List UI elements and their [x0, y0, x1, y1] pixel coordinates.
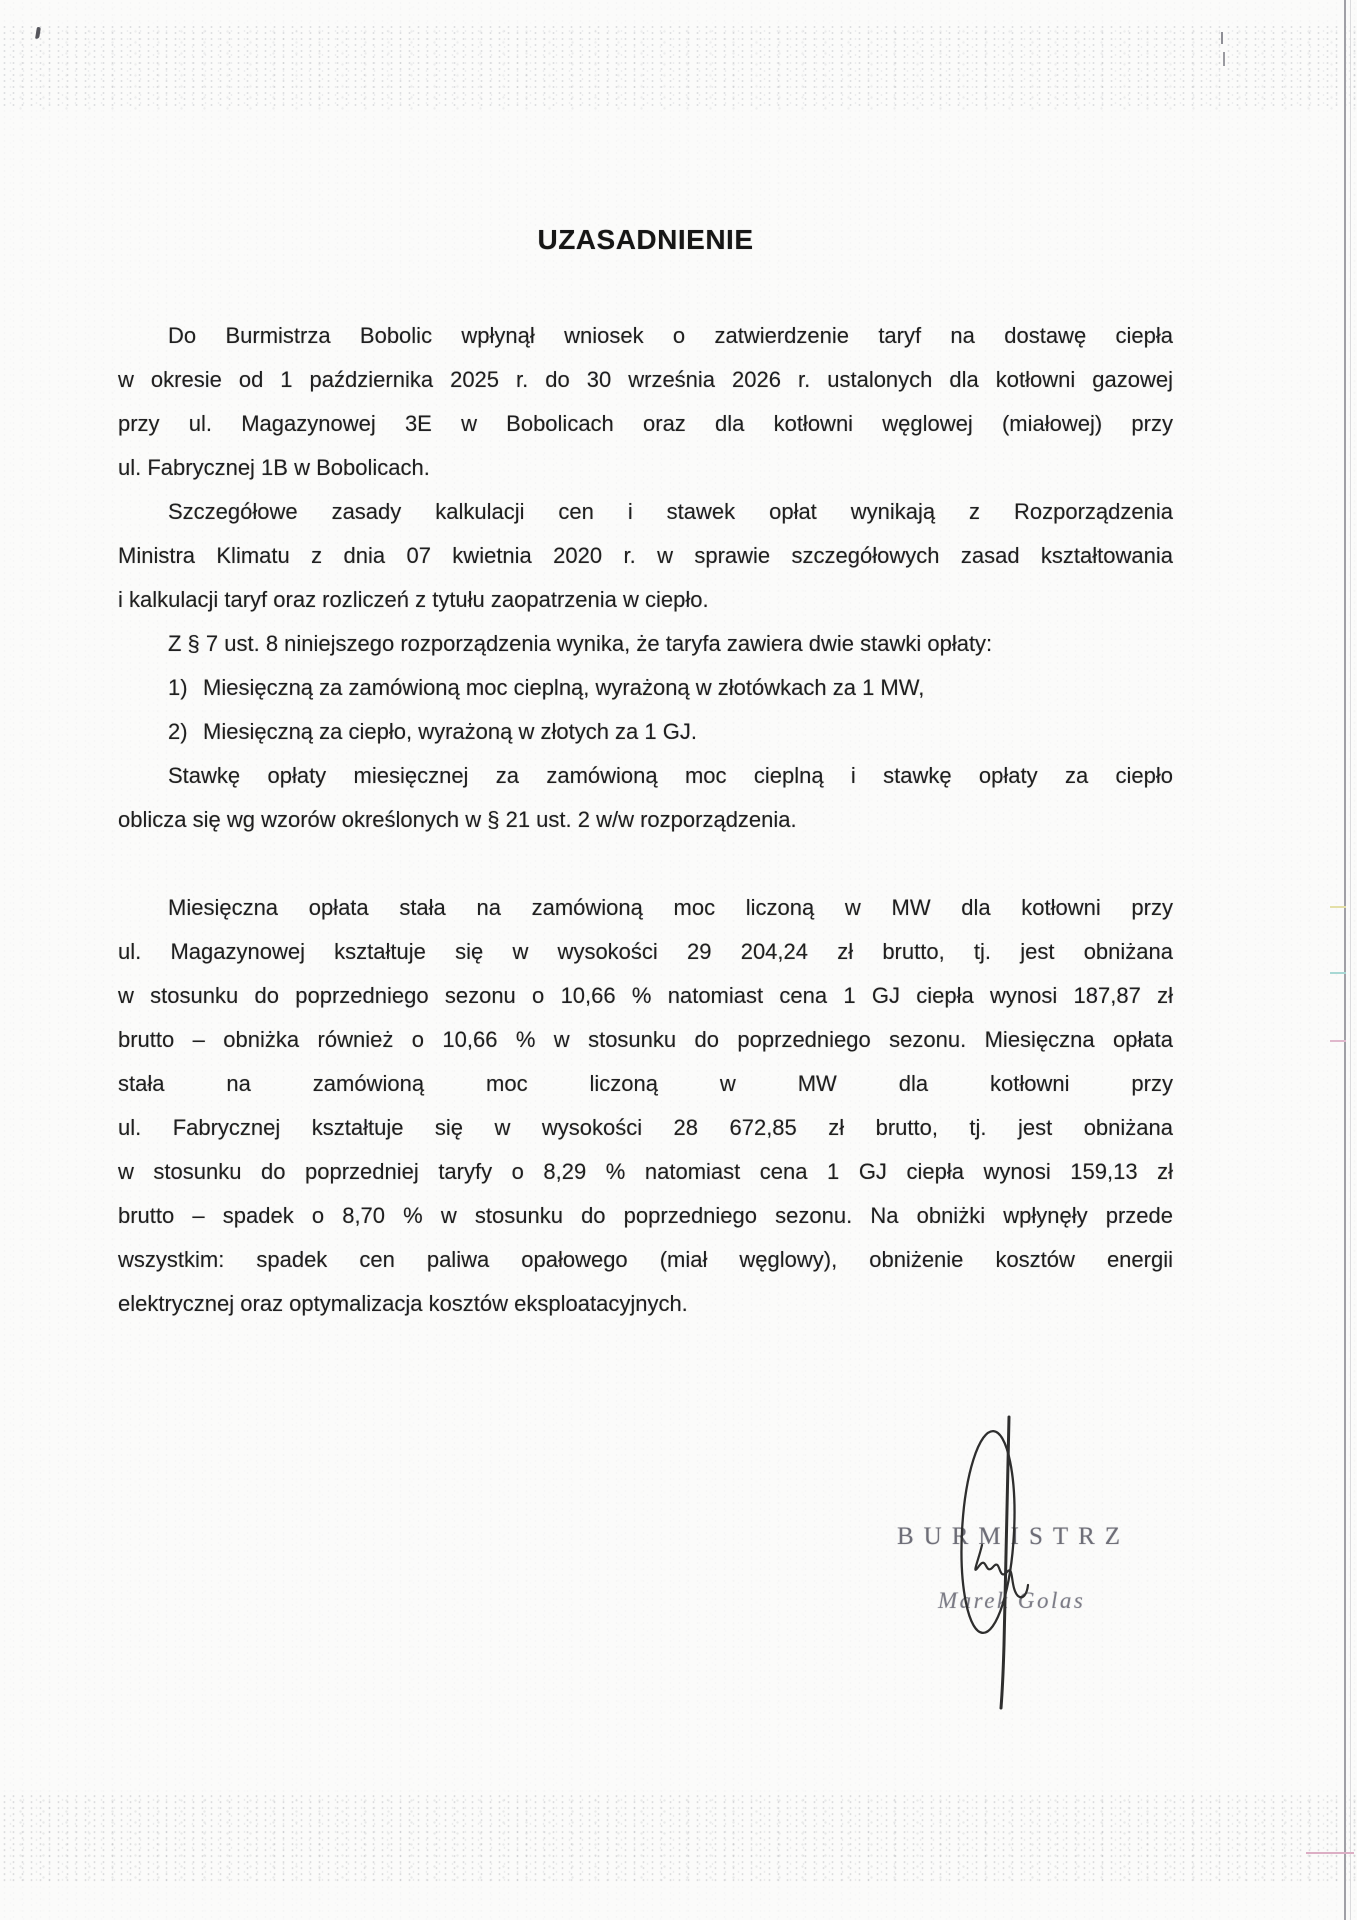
scan-tick-pink-bottom: [1306, 1852, 1354, 1854]
text-line: Do Burmistrza Bobolic wpłynął wniosek o …: [118, 314, 1173, 358]
paragraph: Do Burmistrza Bobolic wpłynął wniosek o …: [118, 314, 1173, 490]
list-marker: 2): [168, 710, 203, 754]
paragraph: Z § 7 ust. 8 niniejszego rozporządzenia …: [118, 622, 1173, 666]
text-line: w stosunku do poprzedniego sezonu o 10,6…: [118, 974, 1173, 1018]
paragraph: Miesięczna opłata stała na zamówioną moc…: [118, 886, 1173, 1326]
paragraph: Stawkę opłaty miesięcznej za zamówioną m…: [118, 754, 1173, 842]
text-line: brutto – spadek o 8,70 % w stosunku do p…: [118, 1194, 1173, 1238]
text-line: ul. Fabrycznej kształtuje się w wysokośc…: [118, 1106, 1173, 1150]
text-line: Z § 7 ust. 8 niniejszego rozporządzenia …: [118, 622, 1173, 666]
text-line: brutto – obniżka również o 10,66 % w sto…: [118, 1018, 1173, 1062]
text-line: Miesięczna opłata stała na zamówioną moc…: [118, 886, 1173, 930]
scanned-document-page: UZASADNIENIE Do Burmistrza Bobolic wpłyn…: [0, 0, 1357, 1920]
text-line: ul. Fabrycznej 1B w Bobolicach.: [118, 446, 1173, 490]
text-line: w okresie od 1 października 2025 r. do 3…: [118, 358, 1173, 402]
paragraph: 1)Miesięczną za zamówioną moc cieplną, w…: [118, 666, 1173, 754]
text-line: i kalkulacji taryf oraz rozliczeń z tytu…: [118, 578, 1173, 622]
text-line: elektrycznej oraz optymalizacja kosztów …: [118, 1282, 1173, 1326]
text-line: wszystkim: spadek cen paliwa opałowego (…: [118, 1238, 1173, 1282]
paragraph: Szczegółowe zasady kalkulacji cen i staw…: [118, 490, 1173, 622]
text-line: ul. Magazynowej kształtuje się w wysokoś…: [118, 930, 1173, 974]
list-marker: 1): [168, 666, 203, 710]
text-line: oblicza się wg wzorów określonych w § 21…: [118, 798, 1173, 842]
handwritten-signature: [860, 1395, 1180, 1735]
list-line: 1)Miesięczną za zamówioną moc cieplną, w…: [118, 666, 1173, 710]
document-body: Do Burmistrza Bobolic wpłynął wniosek o …: [118, 314, 1173, 1326]
document-title: UZASADNIENIE: [118, 218, 1173, 262]
text-line: w stosunku do poprzedniej taryfy o 8,29 …: [118, 1150, 1173, 1194]
document-content: UZASADNIENIE Do Burmistrza Bobolic wpłyn…: [0, 0, 1357, 1326]
text-line: Stawkę opłaty miesięcznej za zamówioną m…: [118, 754, 1173, 798]
text-line: Szczegółowe zasady kalkulacji cen i staw…: [118, 490, 1173, 534]
scan-noise-bottom-band: [0, 1793, 1357, 1881]
text-line: Ministra Klimatu z dnia 07 kwietnia 2020…: [118, 534, 1173, 578]
text-line: stała na zamówioną moc liczoną w MW dla …: [118, 1062, 1173, 1106]
list-line: 2)Miesięczną za ciepło, wyrażoną w złoty…: [118, 710, 1173, 754]
text-line: przy ul. Magazynowej 3E w Bobolicach ora…: [118, 402, 1173, 446]
